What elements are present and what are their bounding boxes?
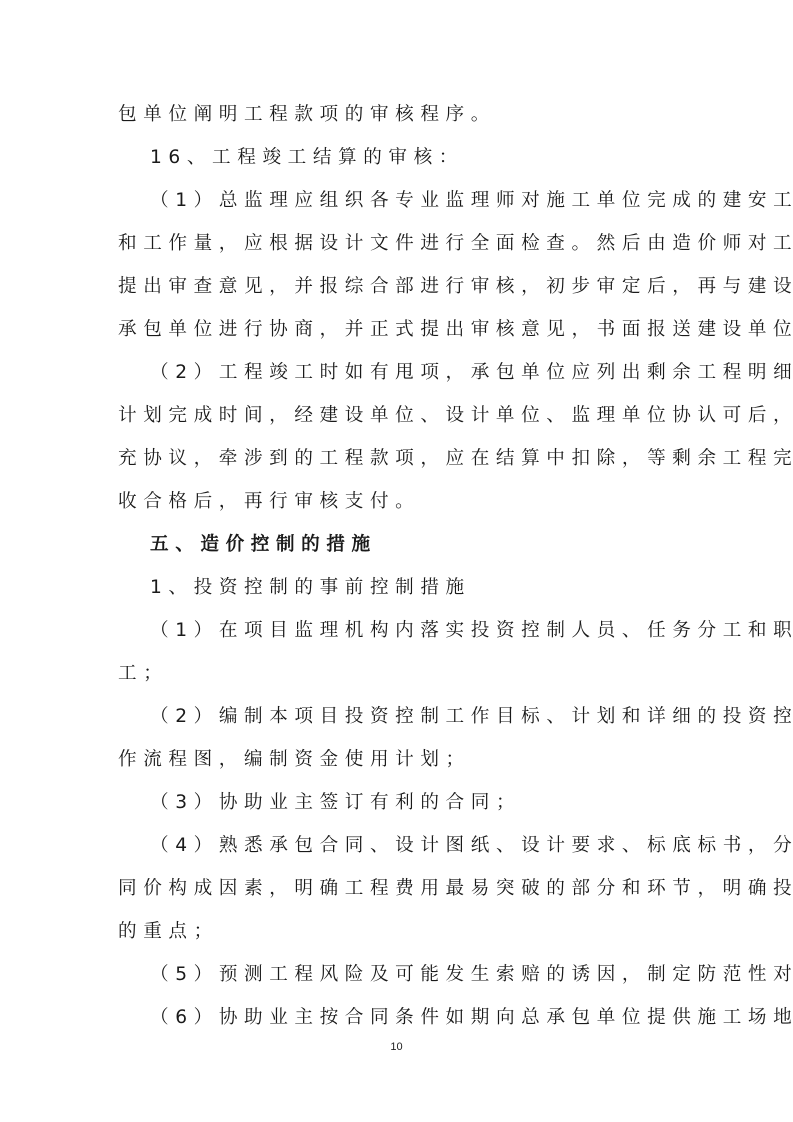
section-heading-16: 16、工程竣工结算的审核：	[118, 141, 680, 184]
chapter-heading-5: 五、造价控制的措施	[118, 528, 680, 571]
text-line: （2）编制本项目投资控制工作目标、计划和详细的投资控制工	[118, 700, 680, 743]
text-line: 计划完成时间，经建设单位、设计单位、监理单位协认可后，签订补	[118, 399, 680, 442]
document-page: 包单位阐明工程款项的审核程序。 16、工程竣工结算的审核： （1）总监理应组织各…	[0, 0, 793, 1122]
text-line: 承包单位进行协商，并正式提出审核意见，书面报送建设单位。	[118, 313, 680, 356]
text-line: 工；	[118, 657, 680, 700]
text-line: 的重点；	[118, 915, 680, 958]
text-line: （1）总监理应组织各专业监理师对施工单位完成的建安工程量	[118, 184, 680, 227]
text-line: （1）在项目监理机构内落实投资控制人员、任务分工和职能分	[118, 614, 680, 657]
text-line: 提出审查意见，并报综合部进行审核，初步审定后，再与建设单位、	[118, 270, 680, 313]
text-line: 和工作量，应根据设计文件进行全面检查。然后由造价师对工程结算	[118, 227, 680, 270]
text-line: 包单位阐明工程款项的审核程序。	[118, 98, 680, 141]
text-line: （6）协助业主按合同条件如期向总承包单位提供施工场地等；	[118, 1001, 680, 1044]
page-number: 10	[0, 1041, 793, 1053]
text-line: 充协议，牵涉到的工程款项，应在结算中扣除，等剩余工程完工并验	[118, 442, 680, 485]
text-line: （2）工程竣工时如有甩项，承包单位应列出剩余工程明细表和	[118, 356, 680, 399]
text-line: （4）熟悉承包合同、设计图纸、设计要求、标底标书，分析合	[118, 829, 680, 872]
subsection-heading-1: 1、投资控制的事前控制措施	[118, 571, 680, 614]
text-line: 作流程图，编制资金使用计划；	[118, 743, 680, 786]
text-line: 收合格后，再行审核支付。	[118, 485, 680, 528]
text-line: （3）协助业主签订有利的合同；	[118, 786, 680, 829]
text-line: 同价构成因素，明确工程费用最易突破的部分和环节，明确投资控制	[118, 872, 680, 915]
document-body: 包单位阐明工程款项的审核程序。 16、工程竣工结算的审核： （1）总监理应组织各…	[118, 98, 680, 1044]
text-line: （5）预测工程风险及可能发生索赔的诱因，制定防范性对策；	[118, 958, 680, 1001]
